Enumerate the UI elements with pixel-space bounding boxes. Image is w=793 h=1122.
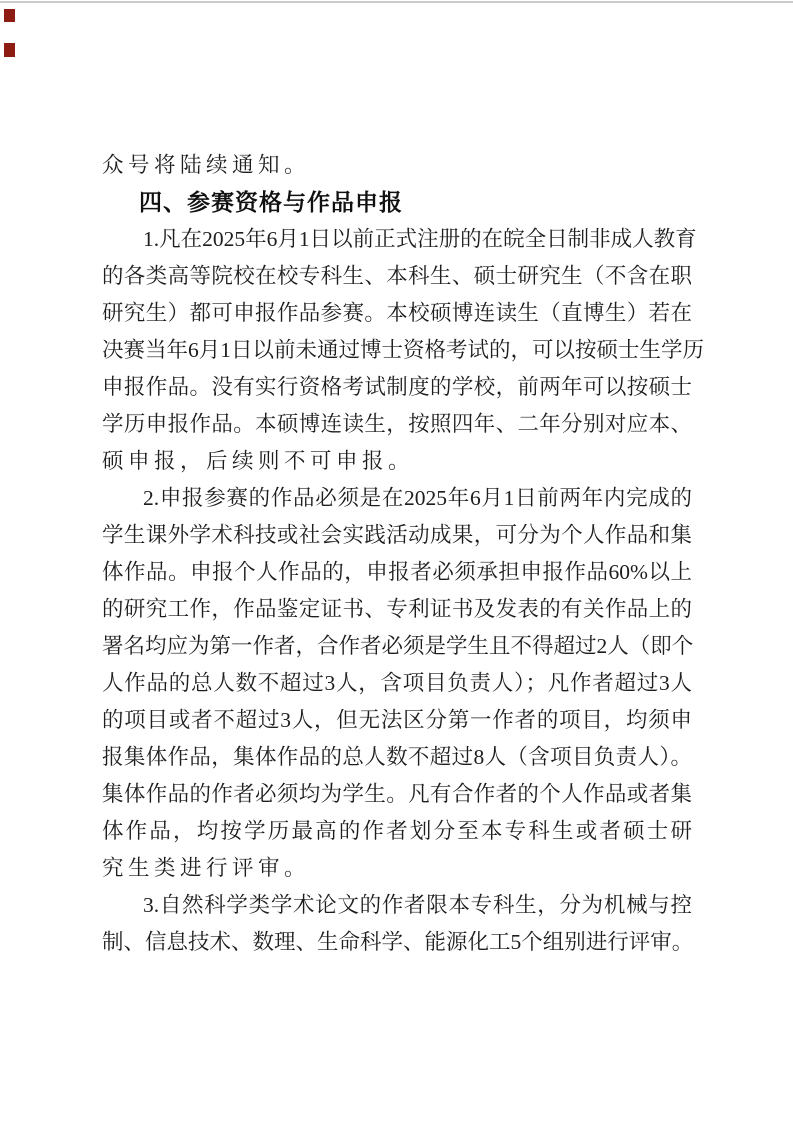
- body-text-line: 学历申报作品。本硕博连读生，按照四年、二年分别对应本、: [102, 406, 692, 443]
- body-text-line: 众号将陆续通知。: [102, 147, 692, 184]
- body-text-line: 体作品，均按学历最高的作者划分至本专科生或者硕士研: [102, 813, 692, 850]
- body-text-line: 究生类进行评审。: [102, 850, 692, 887]
- body-text-line: 体作品。申报个人作品的，申报者必须承担申报作品60%以上: [102, 554, 692, 591]
- document-body: 众号将陆续通知。 四、参赛资格与作品申报 1.凡在2025年6月1日以前正式注册…: [102, 147, 692, 961]
- body-text-line: 人作品的总人数不超过3人，含项目负责人）；凡作者超过3人: [102, 665, 692, 702]
- body-text-line: 申报作品。没有实行资格考试制度的学校，前两年可以按硕士: [102, 369, 692, 406]
- body-text-line: 1.凡在2025年6月1日以前正式注册的在皖全日制非成人教育: [102, 221, 692, 258]
- body-text-line: 报集体作品，集体作品的总人数不超过8人（含项目负责人）。: [102, 739, 692, 776]
- body-text-line: 集体作品的作者必须均为学生。凡有合作者的个人作品或者集: [102, 776, 692, 813]
- body-text-line: 研究生）都可申报作品参赛。本校硕博连读生（直博生）若在: [102, 295, 692, 332]
- document-page: 众号将陆续通知。 四、参赛资格与作品申报 1.凡在2025年6月1日以前正式注册…: [0, 0, 793, 1122]
- body-text-line: 的各类高等院校在校专科生、本科生、硕士研究生（不含在职: [102, 258, 692, 295]
- red-edge-artifact: [4, 9, 15, 22]
- body-text-line: 学生课外学术科技或社会实践活动成果，可分为个人作品和集: [102, 517, 692, 554]
- body-text-line: 2.申报参赛的作品必须是在2025年6月1日前两年内完成的: [102, 480, 692, 517]
- scan-top-edge-line: [0, 1, 793, 3]
- body-text-line: 硕申报，后续则不可申报。: [102, 443, 692, 480]
- body-text-line: 制、信息技术、数理、生命科学、能源化工5个组别进行评审。: [102, 924, 692, 961]
- section-heading: 四、参赛资格与作品申报: [102, 184, 692, 221]
- body-text-line: 的研究工作，作品鉴定证书、专利证书及发表的有关作品上的: [102, 591, 692, 628]
- body-text-line: 决赛当年6月1日以前未通过博士资格考试的，可以按硕士生学历: [102, 332, 692, 369]
- body-text-line: 3.自然科学类学术论文的作者限本专科生，分为机械与控: [102, 887, 692, 924]
- body-text-line: 署名均应为第一作者，合作者必须是学生且不得超过2人（即个: [102, 628, 692, 665]
- red-edge-artifact: [4, 43, 15, 57]
- body-text-line: 的项目或者不超过3人，但无法区分第一作者的项目，均须申: [102, 702, 692, 739]
